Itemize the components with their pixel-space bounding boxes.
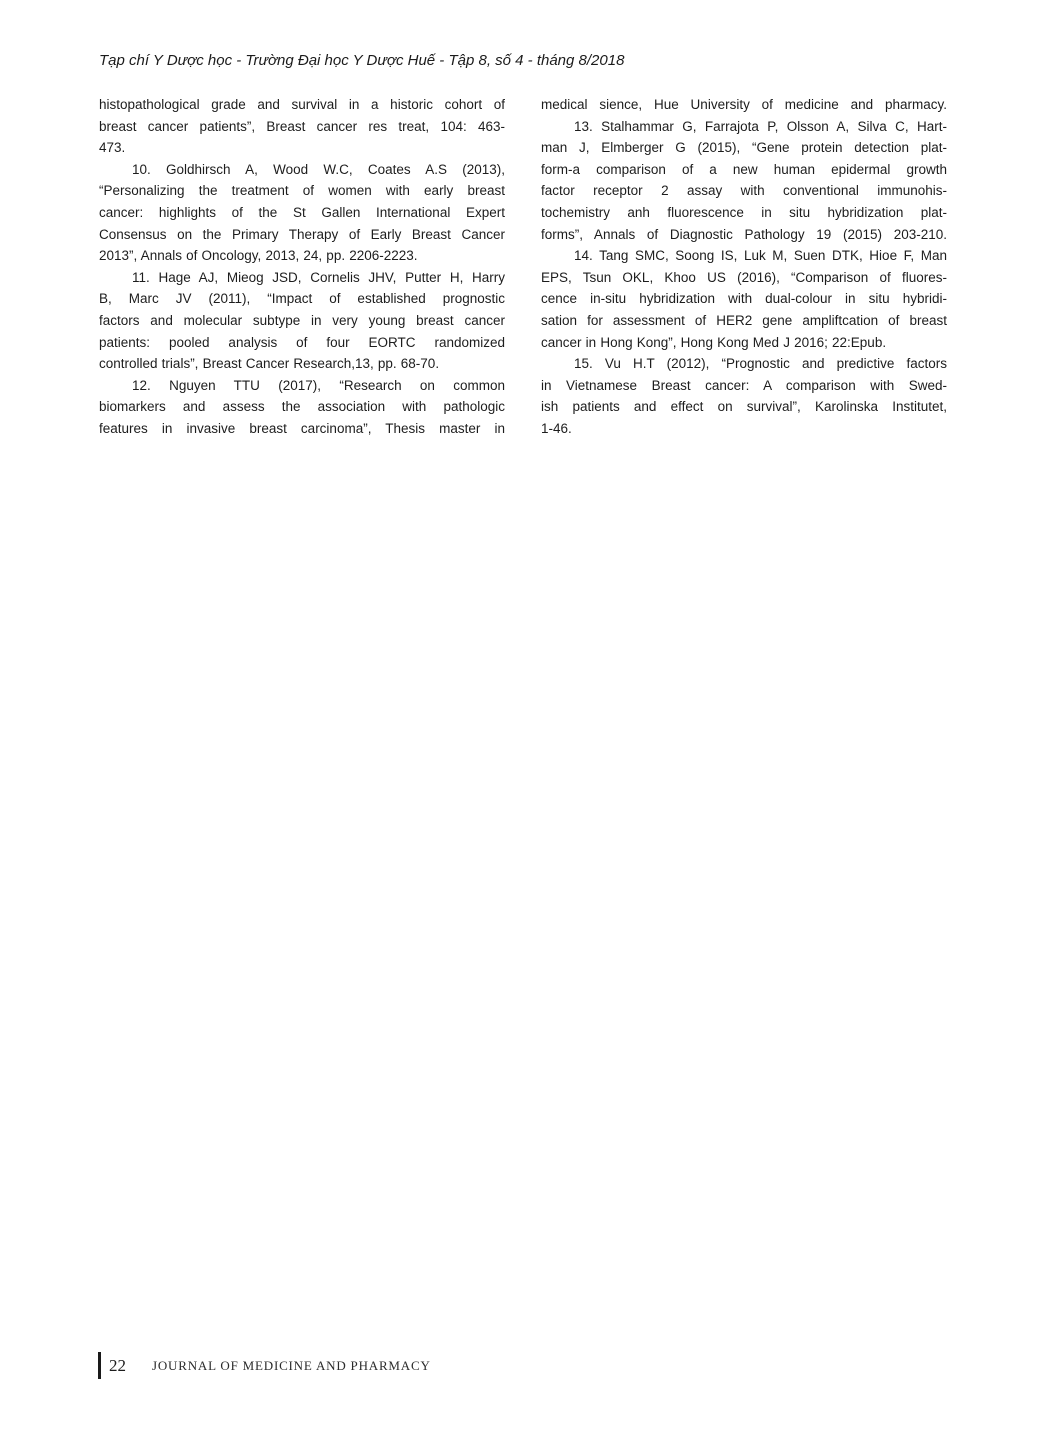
references-body: histopathological grade and survival in … [99,94,947,440]
footer-divider-bar [98,1352,101,1379]
reference-line: 12. Nguyen TTU (2017), “Research on comm… [99,375,505,397]
reference-line: patients: pooled analysis of four EORTC … [99,332,505,354]
reference-line: 1-46. [541,418,947,440]
reference-line: Consensus on the Primary Therapy of Earl… [99,224,505,246]
reference-line: 14. Tang SMC, Soong IS, Luk M, Suen DTK,… [541,245,947,267]
reference-line: forms”, Annals of Diagnostic Pathology 1… [541,224,947,246]
reference-line: features in invasive breast carcinoma”, … [99,418,505,440]
reference-line: form-a comparison of a new human epiderm… [541,159,947,181]
reference-line: 10. Goldhirsch A, Wood W.C, Coates A.S (… [99,159,505,181]
right-column: medical sience, Hue University of medici… [541,94,947,440]
reference-line: factor receptor 2 assay with conventiona… [541,180,947,202]
running-head: Tạp chí Y Dược học - Trường Đại học Y Dư… [99,50,959,72]
reference-line: 11. Hage AJ, Mieog JSD, Cornelis JHV, Pu… [99,267,505,289]
journal-page: Tạp chí Y Dược học - Trường Đại học Y Dư… [0,0,1058,1455]
reference-line: sation for assessment of HER2 gene ampli… [541,310,947,332]
page-footer: 22 JOURNAL OF MEDICINE AND PHARMACY [98,1352,431,1379]
reference-line: controlled trials”, Breast Cancer Resear… [99,353,505,375]
reference-line: breast cancer patients”, Breast cancer r… [99,116,505,138]
reference-line: 15. Vu H.T (2012), “Prognostic and predi… [541,353,947,375]
reference-line: B, Marc JV (2011), “Impact of establishe… [99,288,505,310]
reference-line: cancer: highlights of the St Gallen Inte… [99,202,505,224]
reference-line: man J, Elmberger G (2015), “Gene protein… [541,137,947,159]
reference-line: in Vietnamese Breast cancer: A compariso… [541,375,947,397]
reference-line: cence in-situ hybridization with dual-co… [541,288,947,310]
reference-line: “Personalizing the treatment of women wi… [99,180,505,202]
footer-journal-name: JOURNAL OF MEDICINE AND PHARMACY [152,1358,431,1374]
reference-line: histopathological grade and survival in … [99,94,505,116]
reference-line: cancer in Hong Kong”, Hong Kong Med J 20… [541,332,947,354]
reference-line: medical sience, Hue University of medici… [541,94,947,116]
reference-line: 473. [99,137,505,159]
reference-line: 2013”, Annals of Oncology, 2013, 24, pp.… [99,245,505,267]
reference-line: EPS, Tsun OKL, Khoo US (2016), “Comparis… [541,267,947,289]
page-number: 22 [109,1356,126,1376]
reference-line: ish patients and effect on survival”, Ka… [541,396,947,418]
reference-line: tochemistry anh fluorescence in situ hyb… [541,202,947,224]
reference-line: factors and molecular subtype in very yo… [99,310,505,332]
reference-line: biomarkers and assess the association wi… [99,396,505,418]
reference-line: 13. Stalhammar G, Farrajota P, Olsson A,… [541,116,947,138]
left-column: histopathological grade and survival in … [99,94,505,440]
